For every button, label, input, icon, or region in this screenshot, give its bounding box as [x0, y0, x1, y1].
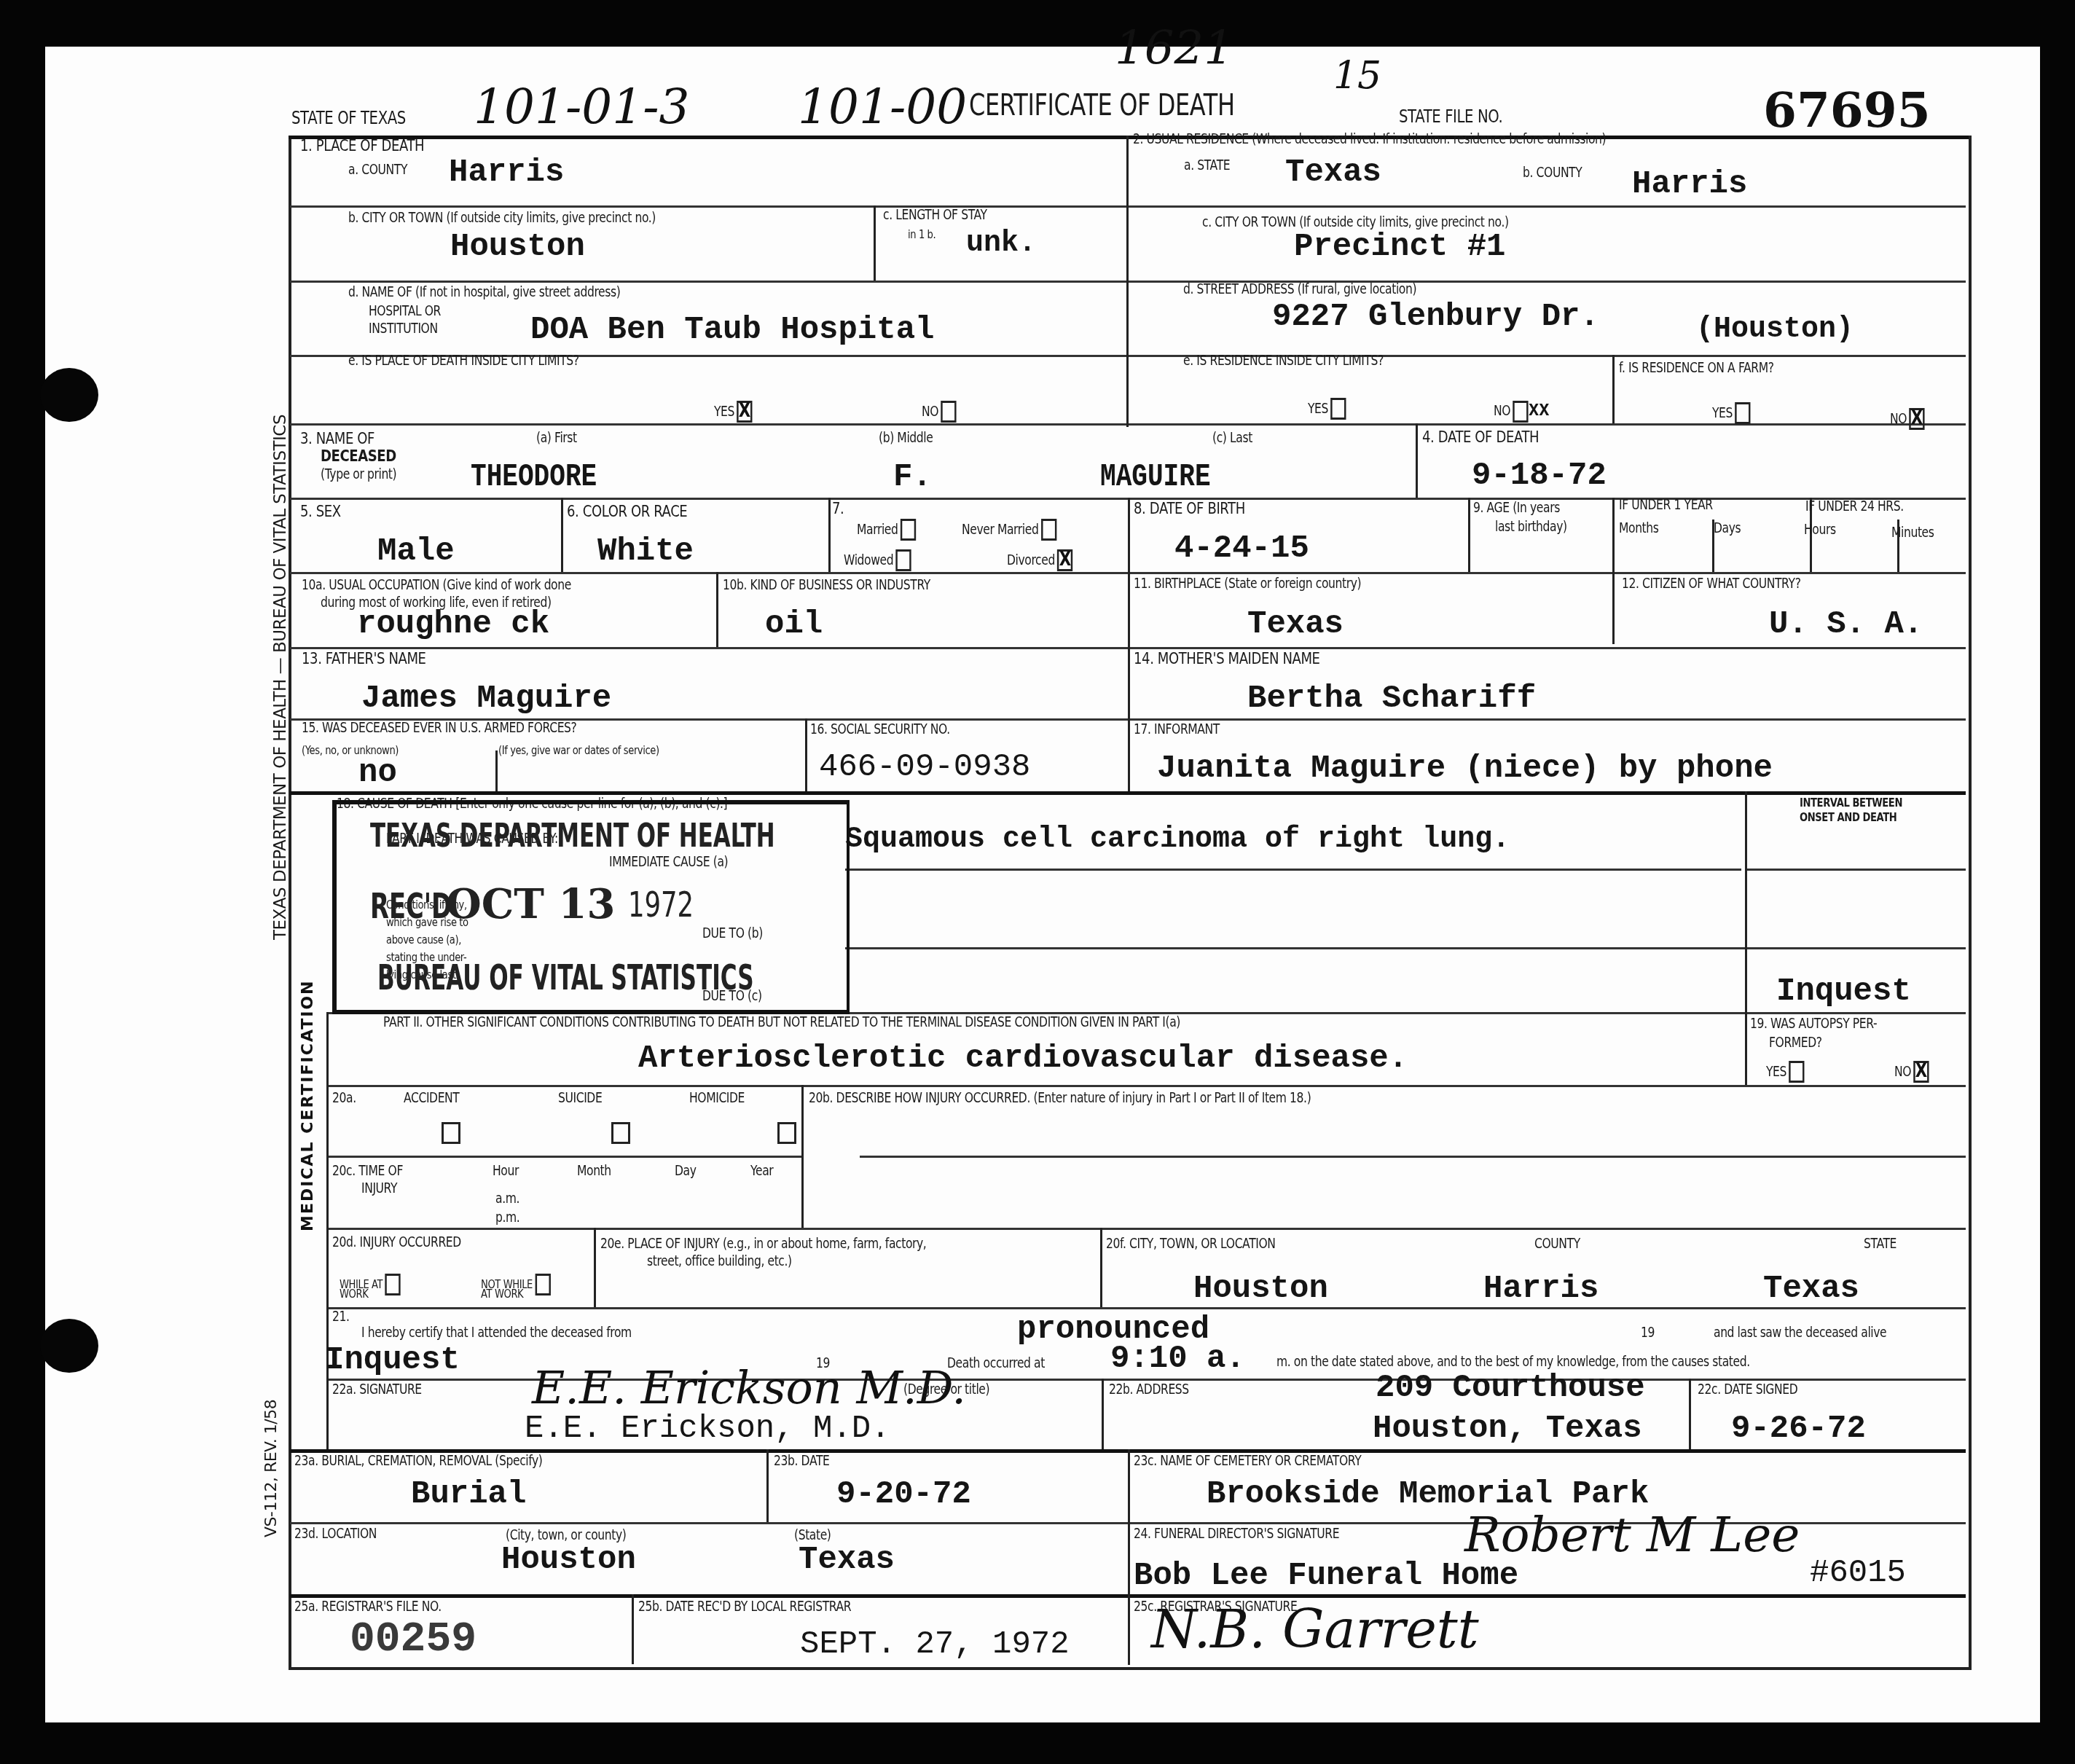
address-line1: 209 Courthouse	[1376, 1370, 1645, 1406]
date-signed-value: 9-26-72	[1731, 1411, 1866, 1447]
ssn-value: 466-09-0938	[819, 749, 1030, 785]
divider	[328, 1307, 1966, 1309]
burial-date-value: 9-20-72	[836, 1476, 971, 1513]
farm-no[interactable]: NO	[1890, 408, 1925, 430]
place-of-injury-label: 20e. PLACE OF INJURY (e.g., in or about …	[600, 1236, 926, 1252]
farm-label: f. IS RESIDENCE ON A FARM?	[1619, 360, 1774, 376]
injury-occurred-label: 20d. INJURY OCCURRED	[332, 1234, 461, 1250]
accident-checkbox[interactable]	[442, 1122, 460, 1144]
checkbox[interactable]	[1735, 402, 1750, 424]
location-label: 23d. LOCATION	[294, 1526, 377, 1542]
checkbox[interactable]	[901, 519, 916, 541]
certificate-title: CERTIFICATE OF DEATH	[969, 89, 1235, 122]
divider	[805, 718, 807, 791]
divider	[1689, 1379, 1691, 1449]
residence-county-label: b. COUNTY	[1523, 165, 1582, 181]
divider	[328, 1156, 801, 1158]
length-of-stay-sub-label: in 1 b.	[908, 227, 935, 241]
state-label: STATE OF TEXAS	[291, 108, 406, 128]
divider	[328, 1085, 1966, 1087]
while-at-work-label-2: WORK	[340, 1287, 368, 1301]
residence-inside-no[interactable]: NOxx	[1494, 398, 1549, 423]
address-line2: Houston, Texas	[1373, 1411, 1642, 1447]
stamp-received: REC'D	[370, 886, 452, 927]
certification-item-label: 21.	[332, 1309, 350, 1325]
funeral-home-value: Bob Lee Funeral Home	[1134, 1558, 1518, 1594]
interval-label-2: ONSET AND DEATH	[1800, 810, 1896, 824]
last-name-label: (c) Last	[1212, 430, 1252, 446]
inside-city-limits-label: e. IS PLACE OF DEATH INSIDE CITY LIMITS?	[348, 353, 579, 369]
death-county-label: a. COUNTY	[348, 162, 407, 178]
length-of-stay-label: c. LENGTH OF STAY	[883, 207, 987, 223]
checkbox-checked[interactable]	[1057, 549, 1072, 571]
divider	[860, 1156, 1966, 1158]
birthplace-label: 11. BIRTHPLACE (State or foreign country…	[1134, 576, 1361, 592]
divider	[845, 869, 1741, 871]
injury-type-label: 20a.	[332, 1090, 356, 1106]
hour-label: Hour	[493, 1163, 519, 1179]
part2-value: Arteriosclerotic cardiovascular disease.	[638, 1040, 1408, 1077]
funeral-director-signature: Robert M Lee	[1464, 1507, 1800, 1563]
suicide-checkbox[interactable]	[611, 1122, 630, 1144]
autopsy-yes[interactable]: YES	[1766, 1061, 1805, 1083]
interval-value: Inquest	[1776, 973, 1911, 1010]
divider	[1128, 1449, 1130, 1665]
divider	[874, 205, 876, 281]
burial-date-label: 23b. DATE	[774, 1453, 829, 1469]
citizen-label: 12. CITIZEN OF WHAT COUNTRY?	[1622, 576, 1801, 592]
sex-value: Male	[377, 533, 455, 570]
minutes-label: Minutes	[1891, 525, 1934, 541]
interval-label: INTERVAL BETWEEN	[1800, 796, 1902, 810]
not-while-at-work-label-2: AT WORK	[481, 1287, 523, 1301]
divider	[289, 136, 1969, 139]
homicide-label: HOMICIDE	[689, 1090, 745, 1106]
street-address-value: 9227 Glenbury Dr.	[1272, 299, 1599, 335]
disposition-value: Burial	[411, 1476, 526, 1513]
registrar-date-label: 25b. DATE REC'D BY LOCAL REGISTRAR	[638, 1599, 851, 1615]
am-label: a.m.	[495, 1191, 519, 1207]
checkbox-checked[interactable]	[1909, 408, 1924, 430]
immediate-cause-value: Squamous cell carcinoma of right lung.	[845, 823, 1510, 856]
divider	[495, 750, 498, 791]
divider	[1126, 136, 1129, 427]
funeral-director-label: 24. FUNERAL DIRECTOR'S SIGNATURE	[1134, 1526, 1339, 1542]
registrar-signature: N.B. Garrett	[1151, 1599, 1479, 1660]
checkbox[interactable]	[1330, 398, 1346, 420]
informant-label: 17. INFORMANT	[1134, 721, 1220, 737]
physician-name: E.E. Erickson, M.D.	[525, 1411, 890, 1447]
injury-county-label: COUNTY	[1534, 1236, 1580, 1252]
cemetery-label: 23c. NAME OF CEMETERY OR CREMATORY	[1134, 1453, 1361, 1469]
divider	[1612, 355, 1615, 423]
middle-name-label: (b) Middle	[879, 430, 933, 446]
registrar-date-value: SEPT. 27, 1972	[800, 1626, 1070, 1663]
degree-label: (Degree or title)	[903, 1381, 989, 1398]
month-label: Month	[577, 1163, 611, 1179]
handwritten-code-1: 101-01-3	[474, 79, 690, 135]
divider	[1468, 498, 1470, 572]
autopsy-label-2: FORMED?	[1769, 1035, 1822, 1051]
divider	[801, 1085, 804, 1228]
checkbox[interactable]	[1041, 519, 1056, 541]
last-name-value: MAGUIRE	[1100, 459, 1211, 495]
armed-forces-service-label: (If yes, give war or dates of service)	[498, 743, 659, 757]
divider	[290, 791, 1966, 795]
date-of-birth-label: 8. DATE OF BIRTH	[1134, 500, 1245, 518]
death-city-label: b. CITY OR TOWN (If outside city limits,…	[348, 210, 656, 226]
checkbox[interactable]	[1789, 1061, 1804, 1083]
certification-19: 19	[1641, 1325, 1655, 1341]
checkbox[interactable]	[385, 1274, 400, 1295]
divider	[1612, 498, 1615, 644]
stamp-bureau: BUREAU OF VITAL STATISTICS	[377, 957, 754, 998]
hospital-value: DOA Ben Taub Hospital	[530, 312, 935, 348]
industry-value: oil	[765, 606, 823, 643]
handwritten-top-number-2: 15	[1333, 54, 1381, 98]
length-of-stay-value: unk.	[966, 227, 1036, 260]
hours-label: Hours	[1804, 522, 1836, 538]
checkbox[interactable]	[895, 549, 911, 571]
form-number: VS-112, REV. 1/58	[262, 1400, 281, 1537]
divider	[1102, 1379, 1104, 1449]
injury-city-value: Houston	[1193, 1271, 1328, 1307]
checkbox[interactable]	[535, 1274, 550, 1295]
autopsy-label: 19. WAS AUTOPSY PER-	[1750, 1016, 1877, 1032]
time-of-injury-label-2: INJURY	[361, 1180, 397, 1196]
location-state-label: (State)	[794, 1527, 831, 1543]
time-of-injury-label: 20c. TIME OF	[332, 1163, 403, 1179]
citizen-value: U. S. A.	[1769, 606, 1923, 643]
stamp-year: 1972	[628, 885, 694, 925]
checkbox-checked[interactable]	[737, 401, 752, 423]
usual-residence-label: 2. USUAL RESIDENCE (Where deceased lived…	[1133, 131, 1606, 147]
day-label: Day	[675, 1163, 697, 1179]
street-address-label: d. STREET ADDRESS (If rural, give locati…	[1183, 281, 1416, 297]
residence-county-value: Harris	[1632, 166, 1747, 203]
occupation-label: 10a. USUAL OCCUPATION (Give kind of work…	[302, 577, 571, 593]
marital-label: 7.	[832, 500, 844, 518]
year-label: Year	[750, 1163, 773, 1179]
date-of-death-label: 4. DATE OF DEATH	[1422, 428, 1539, 447]
father-label: 13. FATHER'S NAME	[302, 650, 426, 668]
race-label: 6. COLOR OR RACE	[567, 503, 687, 521]
residence-state-label: a. STATE	[1184, 157, 1230, 173]
name-label: 3. NAME OF	[300, 430, 374, 448]
registrar-file-value: 00259	[350, 1616, 476, 1663]
divider	[594, 1228, 596, 1307]
location-state-value: Texas	[799, 1542, 895, 1578]
farm-yes[interactable]: YES	[1712, 402, 1751, 424]
age-label-2: last birthday)	[1495, 519, 1567, 535]
death-inside-yes[interactable]: YES	[714, 401, 753, 423]
ssn-label: 16. SOCIAL SECURITY NO.	[810, 721, 950, 737]
divider	[1745, 869, 1966, 871]
deceased-label: DECEASED	[321, 447, 396, 466]
certification-line1: I hereby certify that I attended the dec…	[361, 1325, 632, 1341]
divider	[828, 498, 831, 572]
part2-label: PART II. OTHER SIGNIFICANT CONDITIONS CO…	[383, 1014, 1180, 1030]
hospital-label-3: INSTITUTION	[369, 321, 438, 337]
divider	[766, 1449, 769, 1522]
checkbox[interactable]	[941, 401, 956, 423]
received-stamp: TEXAS DEPARTMENT OF HEALTH REC'D OCT 13 …	[332, 800, 850, 1014]
suicide-label: SUICIDE	[558, 1090, 602, 1106]
death-city-value: Houston	[450, 229, 585, 265]
street-address-city: (Houston)	[1696, 313, 1854, 346]
age-label: 9. AGE (In years	[1473, 500, 1560, 516]
certification-line1-end: and last saw the deceased alive	[1714, 1325, 1886, 1341]
marital-never-married[interactable]: Never Married	[962, 519, 1056, 541]
divider	[1128, 647, 1130, 791]
homicide-checkbox[interactable]	[777, 1122, 796, 1144]
months-label: Months	[1619, 520, 1658, 536]
residence-city-label: c. CITY OR TOWN (If outside city limits,…	[1202, 214, 1509, 230]
death-county-value: Harris	[449, 154, 564, 191]
under-24-hrs-label: IF UNDER 24 HRS.	[1805, 498, 1904, 514]
describe-injury-label: 20b. DESCRIBE HOW INJURY OCCURRED. (Ente…	[809, 1090, 1311, 1106]
divider	[328, 1228, 1966, 1230]
location-city-value: Houston	[501, 1542, 636, 1578]
place-of-injury-label-2: street, office building, etc.)	[647, 1253, 792, 1269]
race-value: White	[597, 533, 694, 570]
injury-county-value: Harris	[1483, 1271, 1599, 1307]
autopsy-no[interactable]: NO	[1894, 1061, 1929, 1083]
margin-department-label: TEXAS DEPARTMENT OF HEALTH — BUREAU OF V…	[271, 415, 290, 940]
marital-married[interactable]: Married	[857, 519, 916, 541]
state-file-label: STATE FILE NO.	[1399, 106, 1502, 127]
injury-city-label: 20f. CITY, TOWN, OR LOCATION	[1106, 1236, 1276, 1252]
time-of-death-value: 9:10 a.	[1110, 1341, 1245, 1377]
industry-label: 10b. KIND OF BUSINESS OR INDUSTRY	[723, 577, 930, 593]
date-of-birth-value: 4-24-15	[1174, 530, 1309, 567]
birthplace-value: Texas	[1247, 606, 1344, 643]
certification-line2-end: m. on the date stated above, and to the …	[1276, 1354, 1750, 1370]
informant-value: Juanita Maguire (niece) by phone	[1157, 750, 1773, 787]
injury-state-label: STATE	[1864, 1236, 1896, 1252]
state-file-number: 67695	[1763, 82, 1931, 138]
pm-label: p.m.	[495, 1210, 519, 1226]
armed-forces-value: no	[358, 755, 397, 791]
handwritten-code-2: 101-00	[798, 79, 967, 135]
first-name-label: (a) First	[536, 430, 577, 446]
divider	[326, 1012, 329, 1449]
death-inside-no[interactable]: NO	[922, 401, 957, 423]
occupation-value: roughne ck	[357, 606, 549, 643]
checkbox-checked[interactable]	[1913, 1061, 1929, 1083]
location-city-label: (City, town, or county)	[506, 1527, 626, 1543]
hospital-label: d. NAME OF (If not in hospital, give str…	[348, 284, 620, 300]
residence-city-value: Precinct #1	[1294, 229, 1505, 265]
days-label: Days	[1714, 520, 1741, 536]
middle-name-value: F.	[893, 459, 932, 495]
disposition-label: 23a. BURIAL, CREMATION, REMOVAL (Specify…	[294, 1453, 543, 1469]
address-label: 22b. ADDRESS	[1109, 1381, 1189, 1398]
registrar-file-label: 25a. REGISTRAR'S FILE NO.	[294, 1599, 442, 1615]
funeral-license-value: #6015	[1810, 1555, 1906, 1591]
date-of-death-value: 9-18-72	[1472, 458, 1607, 494]
divider	[716, 572, 718, 647]
type-or-print-label: (Type or print)	[321, 466, 396, 482]
punch-hole	[40, 1319, 98, 1373]
handwritten-top-number: 1621	[1115, 22, 1233, 76]
injury-state-value: Texas	[1763, 1271, 1859, 1307]
divider	[632, 1594, 634, 1664]
residence-inside-limits-label: e. IS RESIDENCE INSIDE CITY LIMITS?	[1183, 353, 1384, 369]
divider	[845, 947, 1966, 949]
place-of-death-label: 1. PLACE OF DEATH	[300, 137, 424, 155]
stamp-date: OCT 13	[446, 880, 615, 928]
armed-forces-label: 15. WAS DECEASED EVER IN U.S. ARMED FORC…	[302, 720, 576, 736]
physician-signature: E.E. Erickson M.D.	[532, 1361, 966, 1414]
sex-label: 5. SEX	[300, 503, 341, 521]
under-year-label: IF UNDER 1 YEAR	[1619, 497, 1713, 513]
residence-state-value: Texas	[1285, 154, 1381, 191]
signature-label: 22a. SIGNATURE	[332, 1381, 422, 1398]
father-value: James Maguire	[361, 681, 611, 717]
accident-label: ACCIDENT	[404, 1090, 459, 1106]
punch-hole	[40, 368, 98, 422]
mother-label: 14. MOTHER'S MAIDEN NAME	[1134, 650, 1320, 668]
divider	[1416, 423, 1418, 498]
residence-inside-yes[interactable]: YES	[1308, 398, 1346, 420]
stamp-department: TEXAS DEPARTMENT OF HEALTH	[370, 818, 775, 855]
checkbox[interactable]	[1513, 401, 1528, 423]
marital-widowed[interactable]: Widowed	[844, 549, 911, 571]
divider	[561, 498, 563, 572]
divider	[1745, 791, 1747, 1085]
inquest-value: Inquest	[325, 1342, 460, 1379]
hospital-label-2: HOSPITAL OR	[369, 303, 441, 319]
divider	[1100, 1228, 1102, 1307]
mother-value: Bertha Schariff	[1247, 681, 1536, 717]
marital-divorced[interactable]: Divorced	[1007, 549, 1073, 571]
date-signed-label: 22c. DATE SIGNED	[1698, 1381, 1797, 1398]
first-name-value: THEODORE	[471, 459, 597, 495]
